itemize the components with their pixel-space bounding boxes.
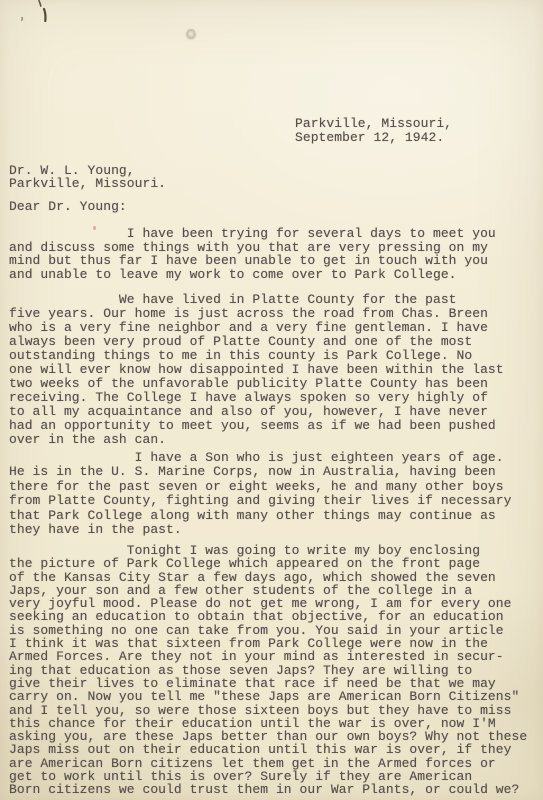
letter-dateline: Parkville, Missouri, September 12, 1942.: [295, 117, 452, 145]
letter-paragraph-2: We have lived in Platte County for the p…: [9, 293, 504, 446]
smudge-mark: [186, 29, 196, 40]
letter-paragraph-1: I have been trying for several days to m…: [9, 227, 496, 282]
recipient-address: Dr. W. L. Young, Parkville, Missouri.: [9, 164, 166, 190]
salutation: Dear Dr. Young:: [9, 200, 127, 214]
letter-page: Parkville, Missouri, September 12, 1942.…: [0, 0, 543, 800]
pen-marks: [0, 0, 70, 30]
letter-paragraph-4: Tonight I was going to write my boy encl…: [9, 544, 527, 797]
letter-paragraph-3: I have a Son who is just eighteen years …: [9, 451, 511, 537]
